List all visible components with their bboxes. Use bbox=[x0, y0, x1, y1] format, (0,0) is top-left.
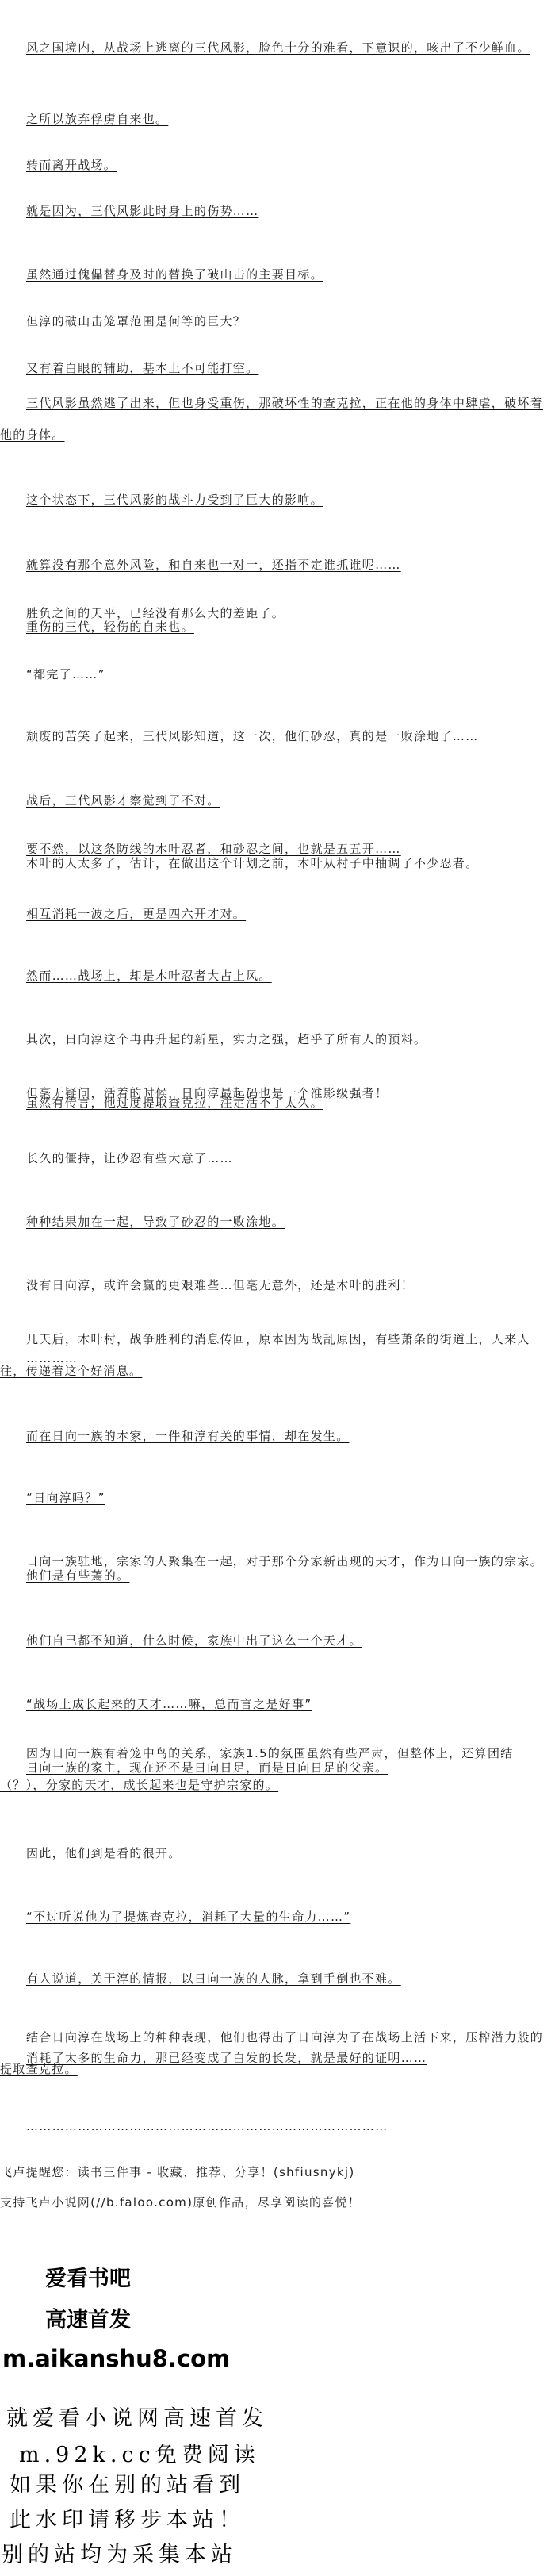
faloo-support-note: 支持飞卢小说网(//b.faloo.com)原创作品，尽享阅读的喜悦！ bbox=[0, 2186, 547, 2218]
paragraph: 又有着白眼的辅助，基本上不可能打空。 bbox=[0, 352, 547, 384]
paragraph: 相互消耗一波之后，更是四六开才对。 bbox=[0, 898, 547, 930]
document-page: 风之国境内，从战场上逃离的三代风影，脸色十分的难看，下意识的，咳出了不少鲜血。 … bbox=[0, 0, 555, 2576]
watermark-line: 如果你在别的站看到 bbox=[10, 2474, 245, 2497]
paragraph: 有人说道，关于淳的情报，以日向一族的人脉，拿到手倒也不难。 bbox=[0, 1963, 547, 1994]
paragraph: 他们是有些蔫的。 bbox=[0, 1560, 547, 1591]
paragraph: 他们自己都不知道，什么时候，家族中出了这么一个天才。 bbox=[0, 1625, 547, 1657]
paragraph: 长久的僵持，让砂忍有些大意了…… bbox=[0, 1142, 547, 1174]
paragraph: “都完了……” bbox=[0, 658, 547, 690]
paragraph: 颓废的苦笑了起来，三代风影知道，这一次，他们砂忍，真的是一败涂地了…… bbox=[0, 720, 547, 752]
watermark-line: 就爱看小说网高速首发 bbox=[6, 2407, 268, 2431]
paragraph: “战场上成长起来的天才……嘛，总而言之是好事” bbox=[0, 1688, 547, 1720]
paragraph: 风之国境内，从战场上逃离的三代风影，脸色十分的难看，下意识的，咳出了不少鲜血。 bbox=[0, 32, 547, 63]
watermark-url: m.aikanshu8.com bbox=[2, 2347, 230, 2371]
paragraph: 就算没有那个意外风险，和自来也一对一，还指不定谁抓谁呢…… bbox=[0, 549, 547, 581]
watermark-site-name: 爱看书吧 bbox=[45, 2267, 131, 2291]
paragraph: 这个状态下，三代风影的战斗力受到了巨大的影响。 bbox=[0, 484, 547, 516]
paragraph: 三代风影虽然逃了出来，但也身受重伤，那破坏性的查克拉，正在他的身体中肆虐，破坏着… bbox=[0, 387, 547, 451]
paragraph: 然而……战场上，却是木叶忍者大占上风。 bbox=[0, 960, 547, 992]
watermark-line: 此水印请移步本站！ bbox=[10, 2509, 245, 2532]
paragraph: 几天后，木叶村，战争胜利的消息传回，原本因为战乱原因，有些萧条的街道上，人来人往… bbox=[0, 1323, 547, 1387]
paragraph: 但淳的破山击笼罩范围是何等的巨大？ bbox=[0, 305, 547, 337]
watermark-slogan: 高速首发 bbox=[45, 2309, 131, 2332]
paragraph: 其次，日向淳这个冉冉升起的新星，实力之强，超乎了所有人的预料。 bbox=[0, 1023, 547, 1055]
paragraph: “不过听说他为了提炼查克拉，消耗了大量的生命力……” bbox=[0, 1901, 547, 1933]
paragraph: 之所以放弃俘虏自来也。 bbox=[0, 103, 547, 135]
paragraph: 战后，三代风影才察觉到了不对。 bbox=[0, 785, 547, 816]
divider-dots: ………………………………………………………………………… bbox=[0, 2110, 547, 2142]
paragraph: “日向淳吗？” bbox=[0, 1482, 547, 1514]
paragraph: 胜负之间的天平，已经没有那么大的差距了。 bbox=[0, 597, 547, 629]
paragraph: 因此，他们到是看的很开。 bbox=[0, 1837, 547, 1869]
paragraph: 种种结果加在一起，导致了砂忍的一败涂地。 bbox=[0, 1206, 547, 1238]
paragraph: 转而离开战场。 bbox=[0, 149, 547, 181]
paragraph: 没有日向淳，或许会赢的更艰难些…但毫无意外，还是木叶的胜利！ bbox=[0, 1269, 547, 1301]
paragraph: 虽然通过傀儡替身及时的替换了破山击的主要目标。 bbox=[0, 259, 547, 290]
paragraph: 但毫无疑问，活着的时候，日向淳最起码也是一个准影级强者！ bbox=[0, 1077, 547, 1109]
faloo-reminder: 飞卢提醒您：读书三件事 - 收藏、推荐、分享！(shfiusnykj) bbox=[0, 2156, 547, 2188]
paragraph: 因为日向一族有着笼中鸟的关系，家族1.5的氛围虽然有些严肃，但整体上，还算团结（… bbox=[0, 1737, 547, 1801]
paragraph: 要不然，以这条防线的木叶忍者，和砂忍之间，也就是五五开…… bbox=[0, 833, 547, 865]
paragraph: 消耗了太多的生命力，那已经变成了白发的长发，就是最好的证明…… bbox=[0, 2042, 547, 2074]
watermark-line: m.92k.cc免费阅读 bbox=[19, 2444, 260, 2467]
watermark-line: 别的站均为采集本站 bbox=[2, 2543, 237, 2567]
paragraph: 而在日向一族的本家，一件和淳有关的事情，却在发生。 bbox=[0, 1420, 547, 1452]
paragraph: 就是因为，三代风影此时身上的伤势…… bbox=[0, 195, 547, 227]
